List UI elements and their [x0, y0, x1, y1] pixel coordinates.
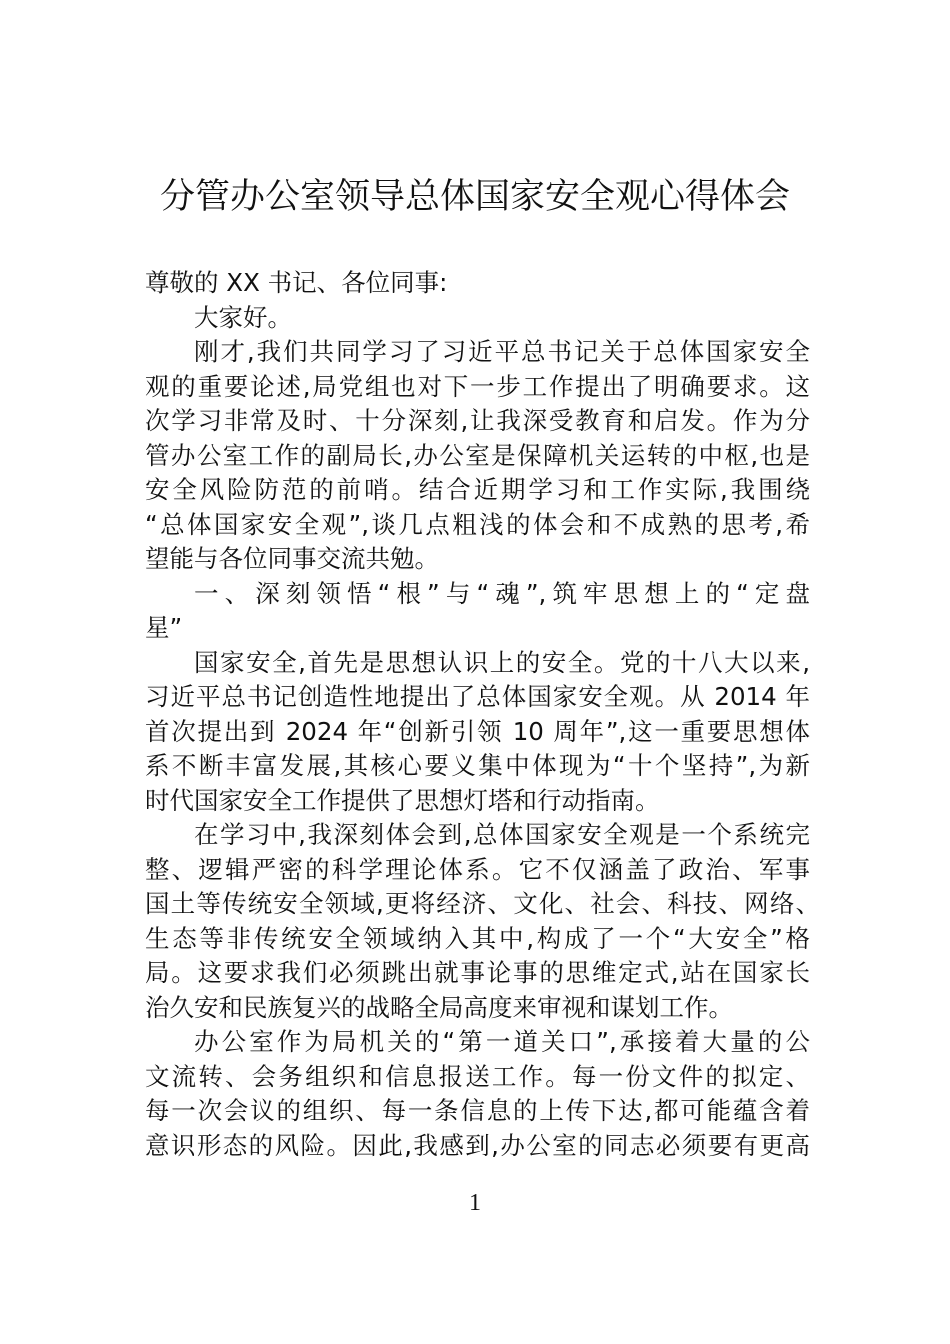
paragraph-line: 观的重要论述,局党组也对下一步工作提出了明确要求。这	[145, 370, 810, 404]
paragraph-line: 时代国家安全工作提供了思想灯塔和行动指南。	[145, 784, 810, 818]
paragraph-line: 管办公室工作的副局长,办公室是保障机关运转的中枢,也是	[145, 439, 810, 473]
paragraph-line: 整、逻辑严密的科学理论体系。它不仅涵盖了政治、军事	[145, 853, 810, 887]
paragraph-line: 意识形态的风险。因此,我感到,办公室的同志必须要有更高	[145, 1129, 810, 1163]
paragraph-line: 生态等非传统安全领域纳入其中,构成了一个“大安全”格	[145, 922, 810, 956]
paragraph-line: 刚才,我们共同学习了习近平总书记关于总体国家安全	[194, 335, 810, 369]
paragraph-line: 安全风险防范的前哨。结合近期学习和工作实际,我围绕	[145, 473, 810, 507]
document-title: 分管办公室领导总体国家安全观心得体会	[0, 174, 950, 220]
paragraph-line: 系不断丰富发展,其核心要义集中体现为“十个坚持”,为新	[145, 749, 810, 783]
paragraph-line: 国家安全,首先是思想认识上的安全。党的十八大以来,	[194, 646, 810, 680]
document-page: 分管办公室领导总体国家安全观心得体会 尊敬的 XX 书记、各位同事: 大家好。 …	[0, 0, 950, 1344]
paragraph-line: 习近平总书记创造性地提出了总体国家安全观。从 2014 年	[145, 680, 810, 714]
paragraph-line: 文流转、会务组织和信息报送工作。每一份文件的拟定、	[145, 1060, 810, 1094]
greeting: 大家好。	[194, 301, 810, 335]
paragraph-line: 次学习非常及时、十分深刻,让我深受教育和启发。作为分	[145, 404, 810, 438]
paragraph-line: 首次提出到 2024 年“创新引领 10 周年”,这一重要思想体	[145, 715, 810, 749]
page-number: 1	[0, 1188, 950, 1218]
paragraph-line: 在学习中,我深刻体会到,总体国家安全观是一个系统完	[194, 818, 810, 852]
section-heading-1-cont: 星”	[145, 611, 810, 645]
section-heading-1: 一、深刻领悟“根”与“魂”,筑牢思想上的“定盘	[194, 577, 810, 611]
paragraph-line: 国土等传统安全领域,更将经济、文化、社会、科技、网络、	[145, 887, 820, 921]
paragraph-line: 每一次会议的组织、每一条信息的上传下达,都可能蕴含着	[145, 1094, 810, 1128]
paragraph-line: 办公室作为局机关的“第一道关口”,承接着大量的公	[194, 1025, 810, 1059]
paragraph-line: “总体国家安全观”,谈几点粗浅的体会和不成熟的思考,希	[145, 508, 810, 542]
paragraph-line: 治久安和民族复兴的战略全局高度来审视和谋划工作。	[145, 991, 810, 1025]
paragraph-line: 望能与各位同事交流共勉。	[145, 542, 810, 576]
salutation: 尊敬的 XX 书记、各位同事:	[145, 266, 810, 300]
paragraph-line: 局。这要求我们必须跳出就事论事的思维定式,站在国家长	[145, 956, 810, 990]
